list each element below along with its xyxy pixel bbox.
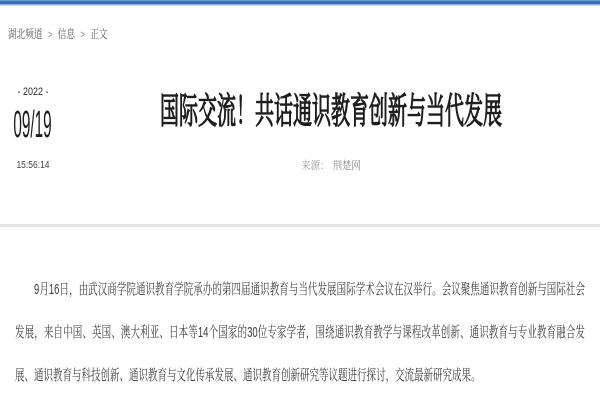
header-divider: [0, 224, 600, 227]
breadcrumb-item-channel[interactable]: 湖北频道: [8, 27, 43, 41]
source-line: 来源：荆楚网: [62, 157, 600, 173]
publish-year: - 2022 -: [8, 86, 59, 98]
breadcrumb-item-article[interactable]: 正文: [90, 27, 107, 41]
article-header: 国际交流！共话通识教育创新与当代发展: [62, 84, 600, 130]
publish-time: 15:56:14: [7, 160, 60, 171]
article-body: 9月16日，由武汉商学院通识教育学院承办的第四届通识教育与当代发展国际学术会议在…: [15, 268, 585, 400]
source-name: 荆楚网: [329, 160, 360, 172]
body-paragraph: 9月16日，由武汉商学院通识教育学院承办的第四届通识教育与当代发展国际学术会议在…: [15, 268, 585, 397]
publish-date: 09/19: [14, 103, 52, 147]
breadcrumb: 湖北频道 > 信息 > 正文: [8, 25, 108, 42]
publish-date-block: - 2022 - 09/19 15:56:14: [2, 86, 64, 171]
breadcrumb-item-info[interactable]: 信息: [58, 27, 75, 41]
breadcrumb-separator-icon: >: [77, 29, 87, 41]
top-accent-bar: [0, 0, 600, 6]
breadcrumb-separator-icon: >: [45, 29, 55, 41]
source-label: 来源：: [301, 160, 329, 172]
publish-date-wrap: 09/19: [2, 102, 64, 148]
news-article-page: { "page": { "accent_color": "#2a6cb5", "…: [0, 0, 600, 400]
page-title: 国际交流！共话通识教育创新与当代发展: [160, 81, 502, 133]
